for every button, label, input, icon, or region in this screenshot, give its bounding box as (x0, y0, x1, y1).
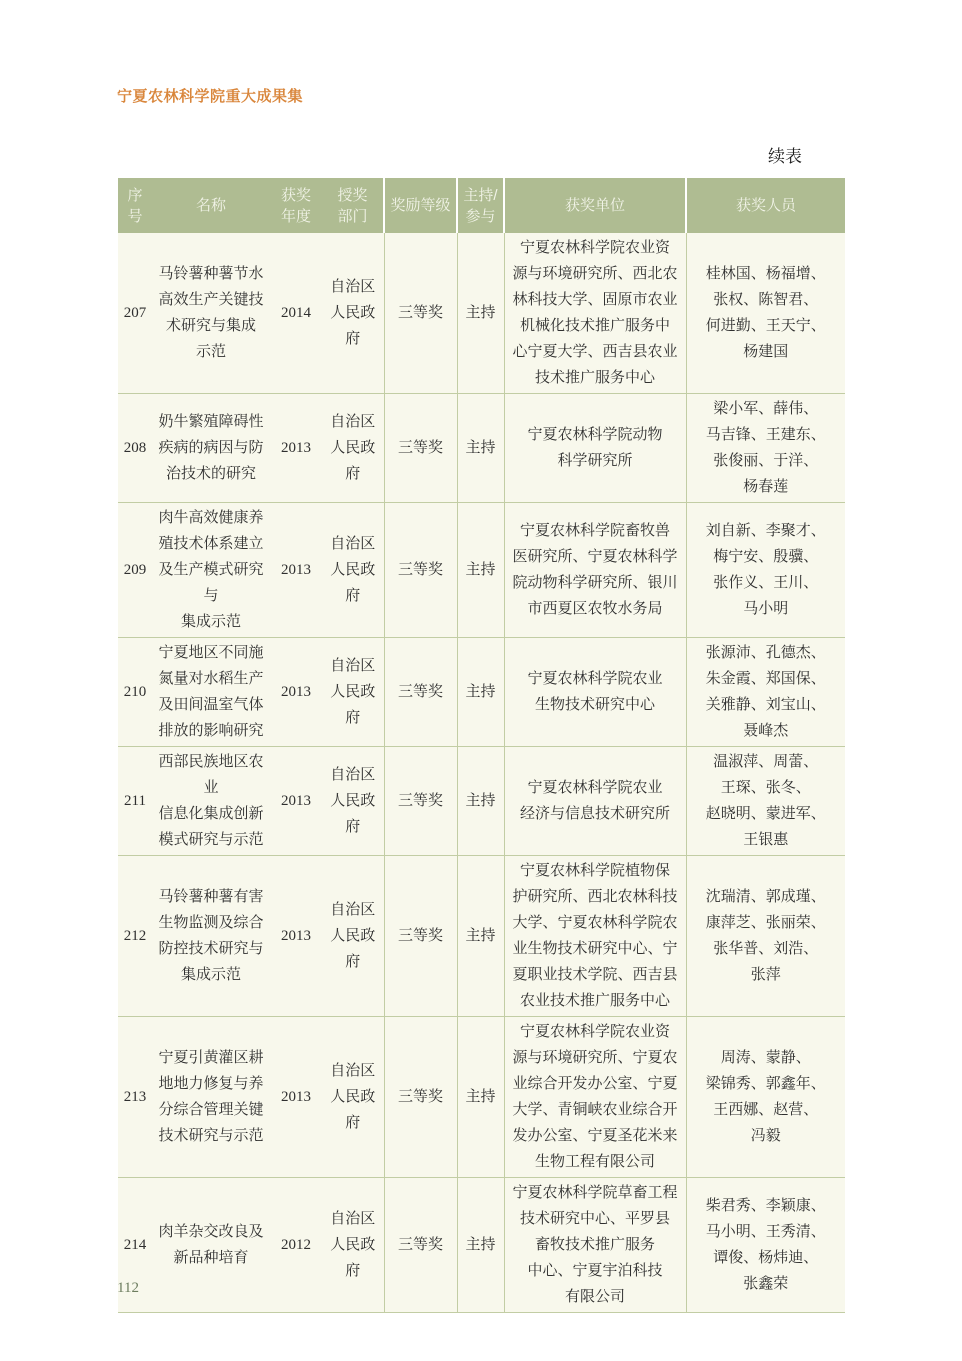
table-body: 207马铃薯种薯节水 高效生产关键技 术研究与集成 示范2014自治区 人民政府… (118, 233, 845, 1313)
cell-unit: 宁夏农林科学院畜牧兽 医研究所、宁夏农林科学 院动物科学研究所、银川 市西夏区农… (504, 503, 686, 638)
cell-department: 自治区 人民政府 (322, 1017, 384, 1178)
cell-year: 2013 (270, 638, 322, 747)
table-row: 214肉羊杂交改良及 新品种培育2012自治区 人民政府三等奖主持宁夏农林科学院… (118, 1178, 845, 1313)
cell-no: 212 (118, 856, 152, 1017)
table-row: 210宁夏地区不同施 氮量对水稻生产 及田间温室气体 排放的影响研究2013自治… (118, 638, 845, 747)
column-header-unit: 获奖单位 (504, 178, 686, 233)
cell-unit: 宁夏农林科学院植物保 护研究所、西北农林科技 大学、宁夏农林科学院农 业生物技术… (504, 856, 686, 1017)
cell-level: 三等奖 (384, 856, 457, 1017)
table-header: 序 号名称获奖 年度授奖 部门奖励等级主持/ 参与获奖单位获奖人员 (118, 178, 845, 233)
cell-department: 自治区 人民政府 (322, 233, 384, 394)
cell-year: 2012 (270, 1178, 322, 1313)
column-header-department: 授奖 部门 (322, 178, 384, 233)
cell-name: 马铃薯种薯节水 高效生产关键技 术研究与集成 示范 (152, 233, 270, 394)
cell-people: 刘自新、李聚才、 梅宁安、殷骥、 张作义、王川、 马小明 (686, 503, 845, 638)
cell-people: 温淑萍、周蕾、 王琛、张冬、 赵晓明、蒙进军、 王银惠 (686, 747, 845, 856)
column-header-no: 序 号 (118, 178, 152, 233)
cell-year: 2013 (270, 394, 322, 503)
cell-role: 主持 (457, 233, 504, 394)
cell-unit: 宁夏农林科学院农业资 源与环境研究所、宁夏农 业综合开发办公室、宁夏 大学、青铜… (504, 1017, 686, 1178)
cell-department: 自治区 人民政府 (322, 856, 384, 1017)
cell-people: 柴君秀、李颖康、 马小明、王秀清、 谭俊、杨炜迪、 张鑫荣 (686, 1178, 845, 1313)
cell-name: 肉牛高效健康养 殖技术体系建立 及生产模式研究与 集成示范 (152, 503, 270, 638)
cell-department: 自治区 人民政府 (322, 394, 384, 503)
cell-people: 梁小军、薛伟、 马吉锋、王建东、 张俊丽、于洋、 杨春莲 (686, 394, 845, 503)
table-row: 209肉牛高效健康养 殖技术体系建立 及生产模式研究与 集成示范2013自治区 … (118, 503, 845, 638)
cell-name: 肉羊杂交改良及 新品种培育 (152, 1178, 270, 1313)
table-header-row: 序 号名称获奖 年度授奖 部门奖励等级主持/ 参与获奖单位获奖人员 (118, 178, 845, 233)
cell-level: 三等奖 (384, 503, 457, 638)
cell-unit: 宁夏农林科学院农业资 源与环境研究所、西北农 林科技大学、固原市农业 机械化技术… (504, 233, 686, 394)
page-number: 112 (117, 1280, 139, 1297)
cell-unit: 宁夏农林科学院草畜工程 技术研究中心、平罗县 畜牧技术推广服务 中心、宁夏宇泊科… (504, 1178, 686, 1313)
cell-people: 沈瑞清、郭成瑾、 康萍芝、张丽荣、 张华普、刘浩、 张萍 (686, 856, 845, 1017)
table-row: 212马铃薯种薯有害 生物监测及综合 防控技术研究与 集成示范2013自治区 人… (118, 856, 845, 1017)
cell-name: 奶牛繁殖障碍性 疾病的病因与防 治技术的研究 (152, 394, 270, 503)
table-row: 213宁夏引黄灌区耕 地地力修复与养 分综合管理关键 技术研究与示范2013自治… (118, 1017, 845, 1178)
column-header-people: 获奖人员 (686, 178, 845, 233)
cell-role: 主持 (457, 747, 504, 856)
cell-unit: 宁夏农林科学院动物 科学研究所 (504, 394, 686, 503)
cell-year: 2013 (270, 1017, 322, 1178)
cell-role: 主持 (457, 1017, 504, 1178)
cell-unit: 宁夏农林科学院农业 生物技术研究中心 (504, 638, 686, 747)
cell-year: 2013 (270, 503, 322, 638)
cell-year: 2014 (270, 233, 322, 394)
cell-role: 主持 (457, 1178, 504, 1313)
cell-role: 主持 (457, 638, 504, 747)
cell-level: 三等奖 (384, 747, 457, 856)
cell-role: 主持 (457, 503, 504, 638)
cell-year: 2013 (270, 747, 322, 856)
document-page: 宁夏农林科学院重大成果集 续表 序 号名称获奖 年度授奖 部门奖励等级主持/ 参… (0, 0, 962, 1361)
cell-no: 213 (118, 1017, 152, 1178)
column-header-level: 奖励等级 (384, 178, 457, 233)
cell-people: 桂林国、杨福增、 张权、陈智君、 何进勤、王天宁、 杨建国 (686, 233, 845, 394)
column-header-role: 主持/ 参与 (457, 178, 504, 233)
cell-name: 马铃薯种薯有害 生物监测及综合 防控技术研究与 集成示范 (152, 856, 270, 1017)
cell-no: 209 (118, 503, 152, 638)
cell-department: 自治区 人民政府 (322, 503, 384, 638)
cell-unit: 宁夏农林科学院农业 经济与信息技术研究所 (504, 747, 686, 856)
cell-level: 三等奖 (384, 1017, 457, 1178)
cell-name: 宁夏引黄灌区耕 地地力修复与养 分综合管理关键 技术研究与示范 (152, 1017, 270, 1178)
cell-year: 2013 (270, 856, 322, 1017)
cell-people: 周涛、蒙静、 梁锦秀、郭鑫年、 王西娜、赵营、 冯毅 (686, 1017, 845, 1178)
cell-level: 三等奖 (384, 638, 457, 747)
cell-level: 三等奖 (384, 394, 457, 503)
cell-level: 三等奖 (384, 233, 457, 394)
cell-level: 三等奖 (384, 1178, 457, 1313)
running-head-title: 宁夏农林科学院重大成果集 (117, 85, 303, 106)
cell-role: 主持 (457, 856, 504, 1017)
cell-people: 张源沛、孔德杰、 朱金霞、郑国保、 关雅静、刘宝山、 聂峰杰 (686, 638, 845, 747)
column-header-name: 名称 (152, 178, 270, 233)
table-row: 207马铃薯种薯节水 高效生产关键技 术研究与集成 示范2014自治区 人民政府… (118, 233, 845, 394)
cell-department: 自治区 人民政府 (322, 1178, 384, 1313)
cell-department: 自治区 人民政府 (322, 747, 384, 856)
cell-no: 207 (118, 233, 152, 394)
cell-name: 西部民族地区农业 信息化集成创新 模式研究与示范 (152, 747, 270, 856)
table-row: 208奶牛繁殖障碍性 疾病的病因与防 治技术的研究2013自治区 人民政府三等奖… (118, 394, 845, 503)
cell-no: 208 (118, 394, 152, 503)
continuation-table-note: 续表 (768, 142, 802, 167)
cell-role: 主持 (457, 394, 504, 503)
column-header-year: 获奖 年度 (270, 178, 322, 233)
cell-no: 210 (118, 638, 152, 747)
cell-name: 宁夏地区不同施 氮量对水稻生产 及田间温室气体 排放的影响研究 (152, 638, 270, 747)
awards-table: 序 号名称获奖 年度授奖 部门奖励等级主持/ 参与获奖单位获奖人员 207马铃薯… (118, 178, 845, 1313)
cell-department: 自治区 人民政府 (322, 638, 384, 747)
cell-no: 211 (118, 747, 152, 856)
table-row: 211西部民族地区农业 信息化集成创新 模式研究与示范2013自治区 人民政府三… (118, 747, 845, 856)
